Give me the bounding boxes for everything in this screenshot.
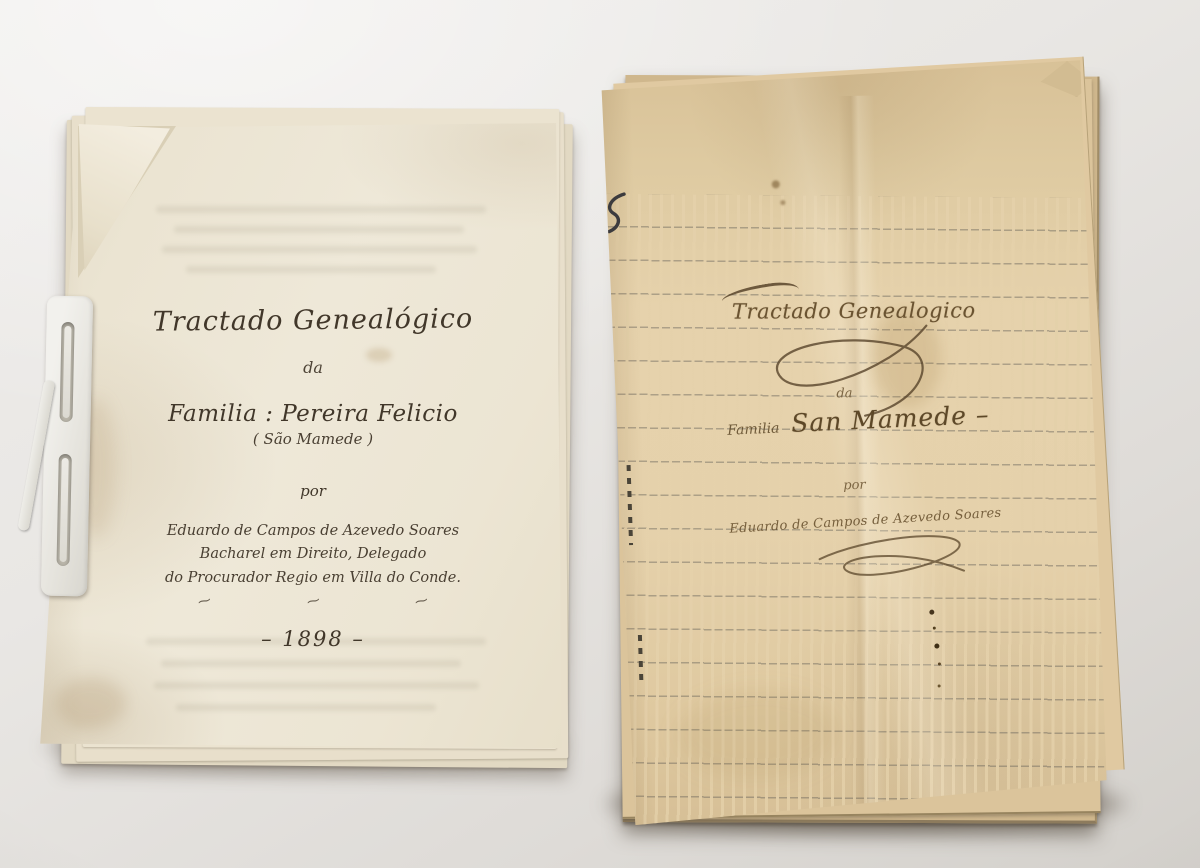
flourish-marks: ⁓ ⁓ ⁓: [198, 594, 428, 609]
ribbon-tail: [17, 380, 55, 532]
left-title: Tractado Genealógico: [148, 304, 478, 337]
ribbon-fastener: [41, 296, 93, 597]
left-author-office: do Procurador Regio em Villa do Conde.: [148, 567, 478, 590]
left-family-name: Familia : Pereira Felicio: [148, 401, 478, 427]
right-booklet-cover-page: Tractado Genealogico da Familia San Mame…: [596, 59, 1107, 826]
ghost-text-line: [176, 704, 436, 711]
left-preposition: da: [148, 358, 478, 377]
foxing-stain: [56, 678, 126, 728]
ribbon-slot: [56, 454, 71, 566]
flourish-mark-icon: ⁓: [196, 593, 212, 611]
left-author-name: Eduardo de Campos de Azevedo Soares: [148, 520, 478, 543]
ink-dot-trail: [929, 610, 934, 615]
binding-thread: [602, 191, 629, 236]
ghost-text-line: [154, 682, 479, 689]
left-author-title: Bacharel em Direito, Delegado: [148, 543, 478, 566]
ribbon-slot: [60, 322, 75, 422]
right-preposition: da: [836, 386, 852, 401]
ghost-text-line: [162, 246, 477, 253]
ribbon-strand: [63, 326, 72, 418]
left-byline: por: [148, 482, 478, 500]
right-title: Tractado Genealogico: [702, 298, 1006, 324]
right-byline: por: [843, 478, 866, 494]
fleck-stain: [772, 180, 780, 188]
left-cover-text-block: Tractado Genealógico da Familia : Pereir…: [148, 306, 478, 651]
left-subtitle: ( São Mamede ): [148, 430, 478, 448]
right-family-prefix: Familia: [727, 420, 780, 438]
signature-flourish: [807, 524, 979, 595]
right-booklet: Tractado Genealogico da Familia San Mame…: [576, 40, 1135, 848]
flourish-mark-icon: ⁓: [305, 593, 321, 611]
photograph-of-two-manuscript-booklets: Tractado Genealógico da Familia : Pereir…: [0, 0, 1200, 868]
flourish-mark-icon: ⁓: [413, 593, 429, 611]
left-booklet: Tractado Genealógico da Familia : Pereir…: [28, 106, 576, 771]
ribbon-strand: [60, 458, 69, 562]
left-year: – 1898 –: [148, 627, 478, 651]
ghost-text-line: [156, 206, 486, 213]
ghost-text-line: [161, 660, 461, 667]
ghost-text-line: [186, 266, 436, 273]
ghost-text-line: [174, 226, 464, 233]
